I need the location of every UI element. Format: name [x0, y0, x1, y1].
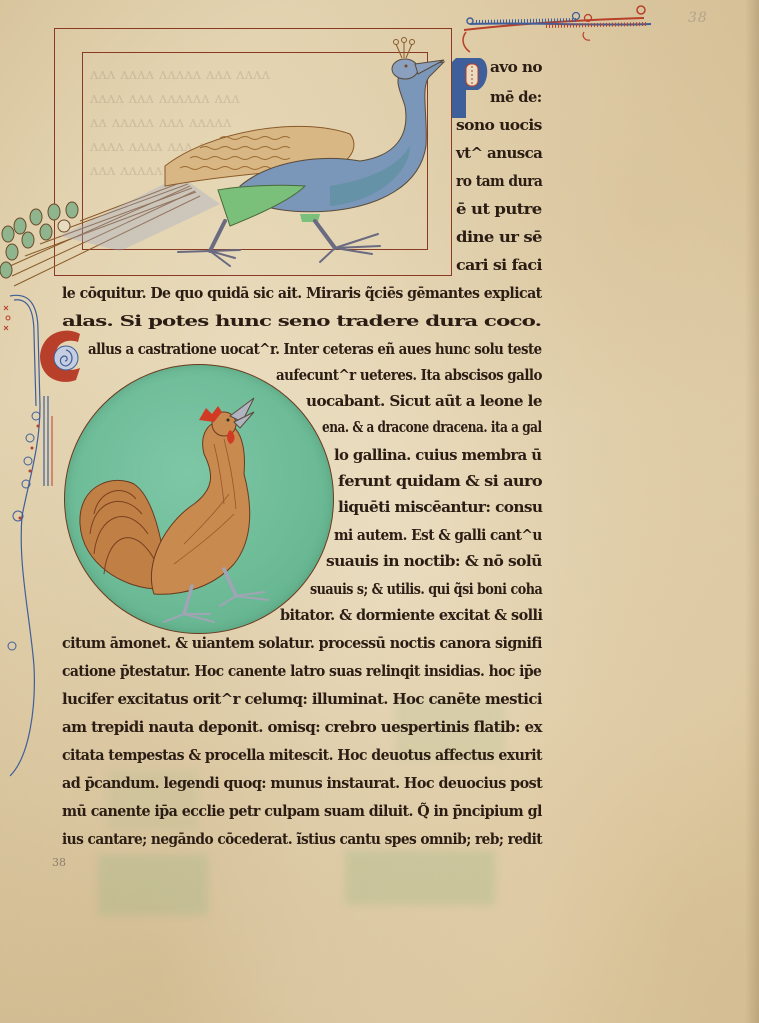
text-line: suauis in noctib: & nō solū — [326, 552, 542, 570]
text-line: ro tam dura — [456, 172, 542, 190]
text-line: lo gallina. cuius membra ū — [334, 446, 541, 464]
show-through-stain — [345, 850, 495, 905]
text-line: uocabant. Sicut aūt a leone le — [306, 392, 542, 410]
show-through-stain — [98, 855, 208, 915]
text-line: alas. Si potes hunc seno tradere dura co… — [62, 312, 541, 330]
text-line: ena. & a dracone dracena. ita a gal — [322, 418, 542, 436]
text-line: mē de: — [490, 88, 542, 106]
text-line: suauis s; & utilis. qui q̃si boni coha — [310, 580, 542, 598]
text-line: le cōquitur. De quo quidā sic ait. Mirar… — [62, 284, 542, 302]
text-line: avo no — [490, 58, 542, 76]
text-line: mi autem. Est & galli cant^u — [334, 526, 542, 544]
pen-flourish-icon — [456, 4, 656, 54]
manuscript-page: 38 38 ᴧᴧᴧ ᴧᴧᴧᴧ ᴧᴧᴧᴧᴧ ᴧᴧᴧ ᴧᴧᴧᴧᴧᴧᴧᴧ ᴧᴧᴧ ᴧᴧ… — [0, 0, 759, 1023]
text-line: mū canente ip̄a ecclie petr culpam suam … — [62, 802, 542, 820]
text-line: aufecunt^r ueteres. Ita abscisos gallo — [276, 366, 542, 384]
text-line: ferunt quidam & si auro — [338, 472, 542, 490]
text-line: bitator. & dormiente excitat & solli — [280, 606, 542, 624]
text-line: dine ur sē — [456, 228, 542, 246]
folio-number: 38 — [688, 10, 708, 26]
text-line: ad p̄candum. legendi quoq: munus instaur… — [62, 774, 542, 792]
text-line: cari si faci — [456, 256, 542, 274]
rooster-illustration-icon — [64, 364, 332, 632]
page-edge-shadow — [745, 0, 759, 1023]
text-line: sono uocis — [456, 116, 542, 134]
text-line: am trepidi nauta deponit. omisq: crebro … — [62, 718, 542, 736]
text-line-gallus-heading: allus a castratione uocat^r. Inter ceter… — [88, 340, 542, 358]
text-line: citata tempestas & procella mitescit. Ho… — [62, 746, 542, 764]
text-line: liquēti miscēantur: consu — [338, 498, 542, 516]
text-line: lucifer excitatus orit^r celumq: illumin… — [62, 690, 542, 708]
text-line: ius cantare; negāndo cōcederat. ĩstius c… — [62, 830, 542, 848]
initial-letter-P-icon — [450, 56, 490, 124]
folio-number-bottom: 38 — [52, 856, 66, 869]
text-line: catione p̄testatur. Hoc canente latro su… — [62, 662, 541, 680]
peacock-illustration-icon — [0, 36, 460, 296]
text-line: vt^ anusca — [456, 144, 542, 162]
text-line: ē ut putre — [456, 200, 542, 218]
text-line: citum āmonet. & uiantem solatur. process… — [62, 634, 542, 652]
